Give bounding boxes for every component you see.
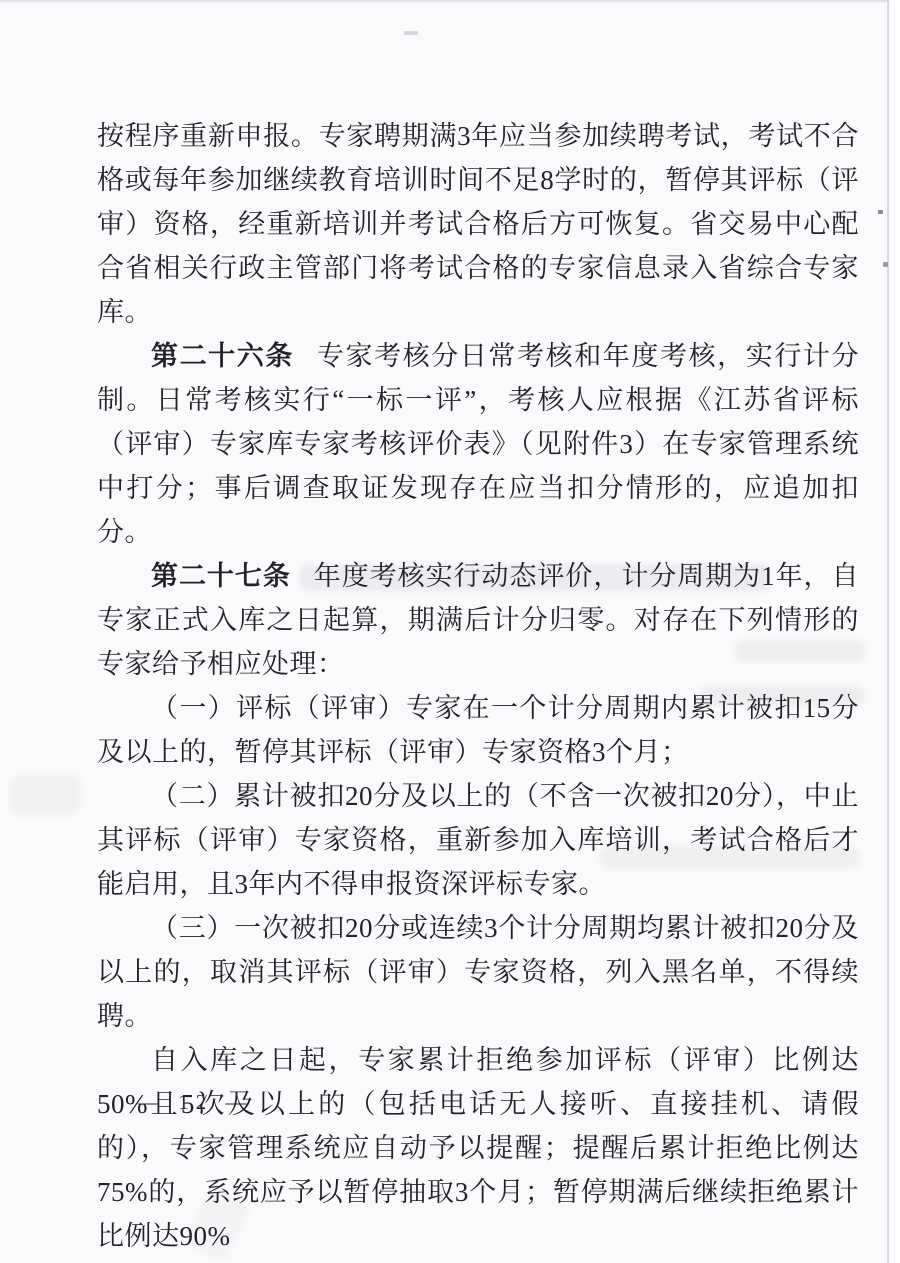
paragraph-item-3: （三）一次被扣20分或连续3个计分周期均累计被扣20分及以上的，取消其评标（评审…	[97, 906, 859, 1038]
scan-artifact-speck	[878, 210, 883, 214]
page-number: — 12 —	[138, 1090, 254, 1115]
document-body: 按程序重新申报。专家聘期满3年应当参加续聘考试，考试不合格或每年参加继续教育培训…	[97, 114, 859, 1258]
article-26-heading: 第二十六条	[151, 341, 294, 371]
scan-artifact-speck	[404, 31, 418, 35]
scan-artifact-speck	[883, 262, 888, 267]
paragraph-text: （三）一次被扣20分或连续3个计分周期均累计被扣20分及以上的，取消其评标（评审…	[97, 913, 859, 1031]
scan-edge-top	[0, 0, 900, 3]
paragraph-article-26: 第二十六条专家考核分日常考核和年度考核，实行计分制。日常考核实行“一标一评”，考…	[97, 334, 859, 554]
paragraph-continuation: 按程序重新申报。专家聘期满3年应当参加续聘考试，考试不合格或每年参加继续教育培训…	[97, 114, 859, 334]
scan-edge-right-line	[887, 0, 889, 1263]
paragraph-text: 专家考核分日常考核和年度考核，实行计分制。日常考核实行“一标一评”，考核人应根据…	[97, 341, 859, 547]
scan-edge-right-strip	[889, 0, 900, 1263]
paragraph-item-1: （一）评标（评审）专家在一个计分周期内累计被扣15分及以上的，暂停其评标（评审）…	[97, 686, 859, 774]
scanned-document-page: 按程序重新申报。专家聘期满3年应当参加续聘考试，考试不合格或每年参加继续教育培训…	[0, 0, 900, 1263]
paragraph-text: （一）评标（评审）专家在一个计分周期内累计被扣15分及以上的，暂停其评标（评审）…	[97, 693, 859, 767]
paragraph-rejection-rules: 自入库之日起，专家累计拒绝参加评标（评审）比例达50%且5次及以上的（包括电话无…	[97, 1038, 859, 1258]
scan-artifact-smudge	[10, 775, 80, 815]
paragraph-item-2: （二）累计被扣20分及以上的（不含一次被扣20分），中止其评标（评审）专家资格，…	[97, 774, 859, 906]
paragraph-text: 自入库之日起，专家累计拒绝参加评标（评审）比例达50%且5次及以上的（包括电话无…	[97, 1045, 859, 1251]
paragraph-text: （二）累计被扣20分及以上的（不含一次被扣20分），中止其评标（评审）专家资格，…	[97, 781, 859, 899]
paragraph-text: 按程序重新申报。专家聘期满3年应当参加续聘考试，考试不合格或每年参加继续教育培训…	[97, 121, 859, 327]
article-27-heading: 第二十七条	[151, 561, 291, 591]
paragraph-article-27: 第二十七条年度考核实行动态评价，计分周期为1年，自专家正式入库之日起算，期满后计…	[97, 554, 859, 686]
